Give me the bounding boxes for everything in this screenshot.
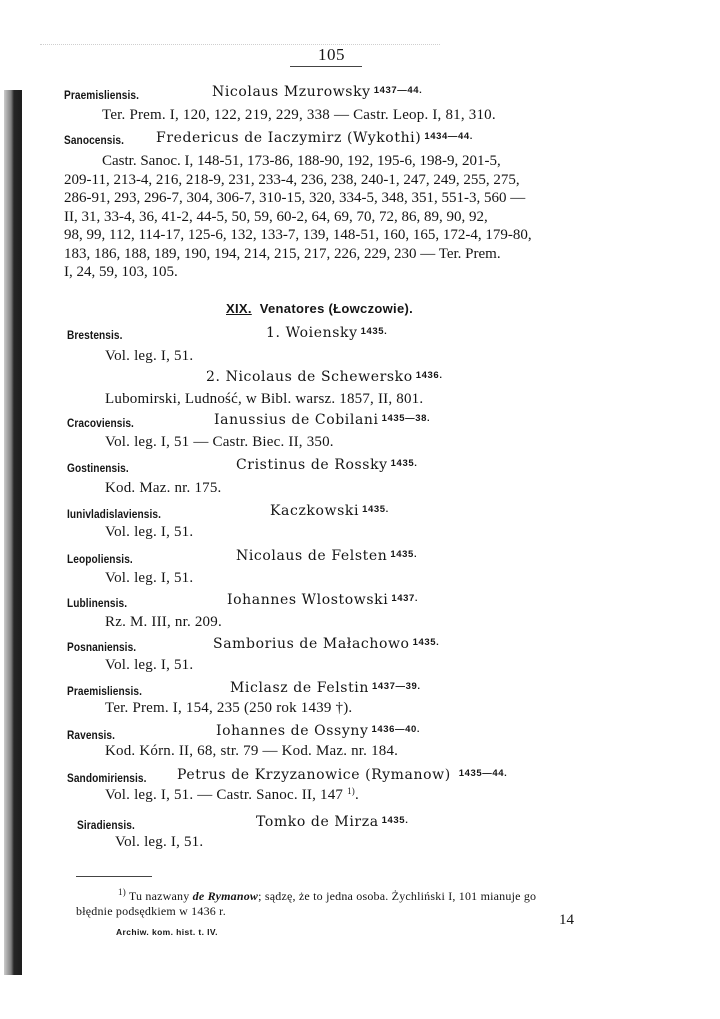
diocese-label: Posnaniensis. — [67, 642, 136, 654]
official-name: Petrus de Krzyzanowice (Rymanow)1435—44. — [177, 767, 507, 783]
page-number: 105 — [318, 45, 345, 65]
official-name-text: Miclasz de Felstin — [230, 680, 369, 696]
official-name-text: Kaczkowski — [270, 503, 359, 519]
official-years: 1435. — [390, 549, 417, 560]
official-name: 2. Nicolaus de Schewersko1436. — [206, 369, 443, 385]
diocese-label: Siradiensis. — [77, 820, 135, 832]
source-reference-text: Vol. leg. I, 51. — Castr. Sanoc. II, 147 — [105, 787, 343, 803]
official-name-text: 1. Woiensky — [266, 325, 358, 341]
source-reference-end: . — [355, 787, 359, 803]
official-name: Cristinus de Rossky1435. — [236, 457, 417, 473]
diocese-label: Praemisliensis. — [64, 90, 139, 102]
official-years: 1434—44. — [424, 131, 473, 142]
official-name-text: Iohannes Wlostowski — [227, 592, 388, 608]
source-reference: Vol. leg. I, 51. — [115, 834, 203, 851]
official-name-text: Petrus de Krzyzanowice (Rymanow) — [177, 767, 451, 783]
diocese-label: Gostinensis. — [67, 463, 129, 475]
source-reference: Ter. Prem. I, 120, 122, 219, 229, 338 — … — [102, 107, 496, 124]
official-years: 1435. — [391, 458, 418, 469]
ref-line: 286-91, 293, 296-7, 304, 306-7, 310-15, … — [64, 189, 664, 208]
sheet-number: 14 — [559, 912, 574, 929]
footnote-mark: 1) — [118, 887, 126, 897]
section-heading: XIX.Venatores (Łowczowie). — [226, 301, 413, 316]
source-reference: Vol. leg. I, 51. — [105, 348, 193, 365]
source-reference: Vol. leg. I, 51 — Castr. Biec. II, 350. — [105, 434, 334, 451]
official-name-text: Nicolaus de Felsten — [236, 548, 387, 564]
official-name: 1. Woiensky1435. — [266, 325, 387, 341]
official-name-text: Samborius de Małachowo — [213, 636, 410, 652]
diocese-label: Brestensis. — [67, 330, 123, 342]
diocese-label: Sanocensis. — [64, 135, 124, 147]
ref-line: 183, 186, 188, 189, 190, 194, 214, 215, … — [64, 245, 664, 264]
source-reference: Ter. Prem. I, 154, 235 (250 rok 1439 †). — [105, 700, 352, 717]
official-name-text: 2. Nicolaus de Schewersko — [206, 369, 413, 385]
official-name: Fredericus de Iaczymirz (Wykothi)1434—44… — [156, 130, 473, 146]
footnote-marker[interactable]: 1) — [347, 786, 355, 796]
footnote-line-1: 1) Tu nazwany de Rymanow; sądzę, że to j… — [118, 887, 536, 904]
official-years: 1435. — [382, 815, 409, 826]
official-years: 1437—44. — [374, 85, 423, 96]
official-years: 1436—40. — [371, 724, 420, 735]
official-name: Iohannes Wlostowski1437. — [227, 592, 418, 608]
official-name: Kaczkowski1435. — [270, 503, 389, 519]
official-years: 1435. — [361, 326, 388, 337]
official-name-text: Iohannes de Ossyny — [216, 723, 368, 739]
diocese-label: Sandomiriensis. — [67, 773, 147, 785]
ref-line: 98, 99, 112, 114-17, 125-6, 132, 133-7, … — [64, 226, 664, 245]
scan-noise — [40, 44, 440, 47]
printer-signature: Archiw. kom. hist. t. IV. — [116, 927, 218, 937]
official-years: 1435. — [362, 504, 389, 515]
source-reference: Vol. leg. I, 51. — [105, 570, 193, 587]
official-name-text: Nicolaus Mzurowsky — [212, 84, 371, 100]
source-reference: Vol. leg. I, 51. — [105, 524, 193, 541]
diocese-label: Ravensis. — [67, 730, 115, 742]
footnote-rule — [76, 876, 152, 877]
scanned-page: 105 Praemisliensis. Nicolaus Mzurowsky14… — [0, 0, 720, 1019]
official-name-text: Cristinus de Rossky — [236, 457, 388, 473]
source-reference: Kod. Kórn. II, 68, str. 79 — Kod. Maz. n… — [105, 743, 398, 760]
official-name: Iohannes de Ossyny1436—40. — [216, 723, 420, 739]
official-name: Miclasz de Felstin1437—39. — [230, 680, 421, 696]
section-title: Venatores (Łowczowie). — [260, 301, 413, 316]
diocese-label: Leopoliensis. — [67, 554, 133, 566]
binding-edge — [4, 90, 22, 975]
diocese-label: Praemisliensis. — [67, 686, 142, 698]
source-reference-block: Castr. Sanoc. I, 148-51, 173-86, 188-90,… — [64, 152, 664, 282]
ref-line: Castr. Sanoc. I, 148-51, 173-86, 188-90,… — [64, 152, 664, 171]
section-number: XIX. — [226, 301, 252, 316]
official-name: Nicolaus de Felsten1435. — [236, 548, 417, 564]
source-reference: Vol. leg. I, 51. — [105, 657, 193, 674]
official-name-text: Tomko de Mirza — [256, 814, 379, 830]
source-reference: Vol. leg. I, 51. — Castr. Sanoc. II, 147… — [105, 786, 359, 804]
footnote-text: Tu nazwany — [129, 889, 193, 903]
official-years: 1435—38. — [382, 413, 431, 424]
official-years: 1437. — [391, 593, 418, 604]
diocese-label: Cracoviensis. — [67, 418, 134, 430]
source-reference: Kod. Maz. nr. 175. — [105, 480, 222, 497]
official-name: Samborius de Małachowo1435. — [213, 636, 439, 652]
source-reference: Lubomirski, Ludność, w Bibl. warsz. 1857… — [105, 391, 423, 408]
source-reference: Rz. M. III, nr. 209. — [105, 614, 222, 631]
official-years: 1435. — [413, 637, 440, 648]
official-name: Ianussius de Cobilani1435—38. — [214, 412, 430, 428]
official-years: 1435—44. — [459, 768, 508, 779]
official-years: 1436. — [416, 370, 443, 381]
footnote-italic: de Rymanow — [193, 889, 258, 903]
ref-line: I, 24, 59, 103, 105. — [64, 263, 664, 282]
official-name: Tomko de Mirza1435. — [256, 814, 408, 830]
ref-line: 209-11, 213-4, 216, 218-9, 231, 233-4, 2… — [64, 171, 664, 190]
official-name-text: Ianussius de Cobilani — [214, 412, 379, 428]
official-name: Nicolaus Mzurowsky1437—44. — [212, 84, 422, 100]
page-number-rule — [290, 66, 362, 67]
diocese-label: Lublinensis. — [67, 598, 127, 610]
footnote-line-2: błędnie podsędkiem w 1436 r. — [76, 904, 226, 919]
diocese-label: Iunivladislaviensis. — [67, 509, 161, 521]
official-name-text: Fredericus de Iaczymirz (Wykothi) — [156, 130, 421, 146]
ref-line: II, 31, 33-4, 36, 41-2, 44-5, 50, 59, 60… — [64, 208, 664, 227]
official-years: 1437—39. — [372, 681, 421, 692]
footnote-text-rest: ; sądzę, że to jedna osoba. Żychliński I… — [258, 889, 536, 903]
